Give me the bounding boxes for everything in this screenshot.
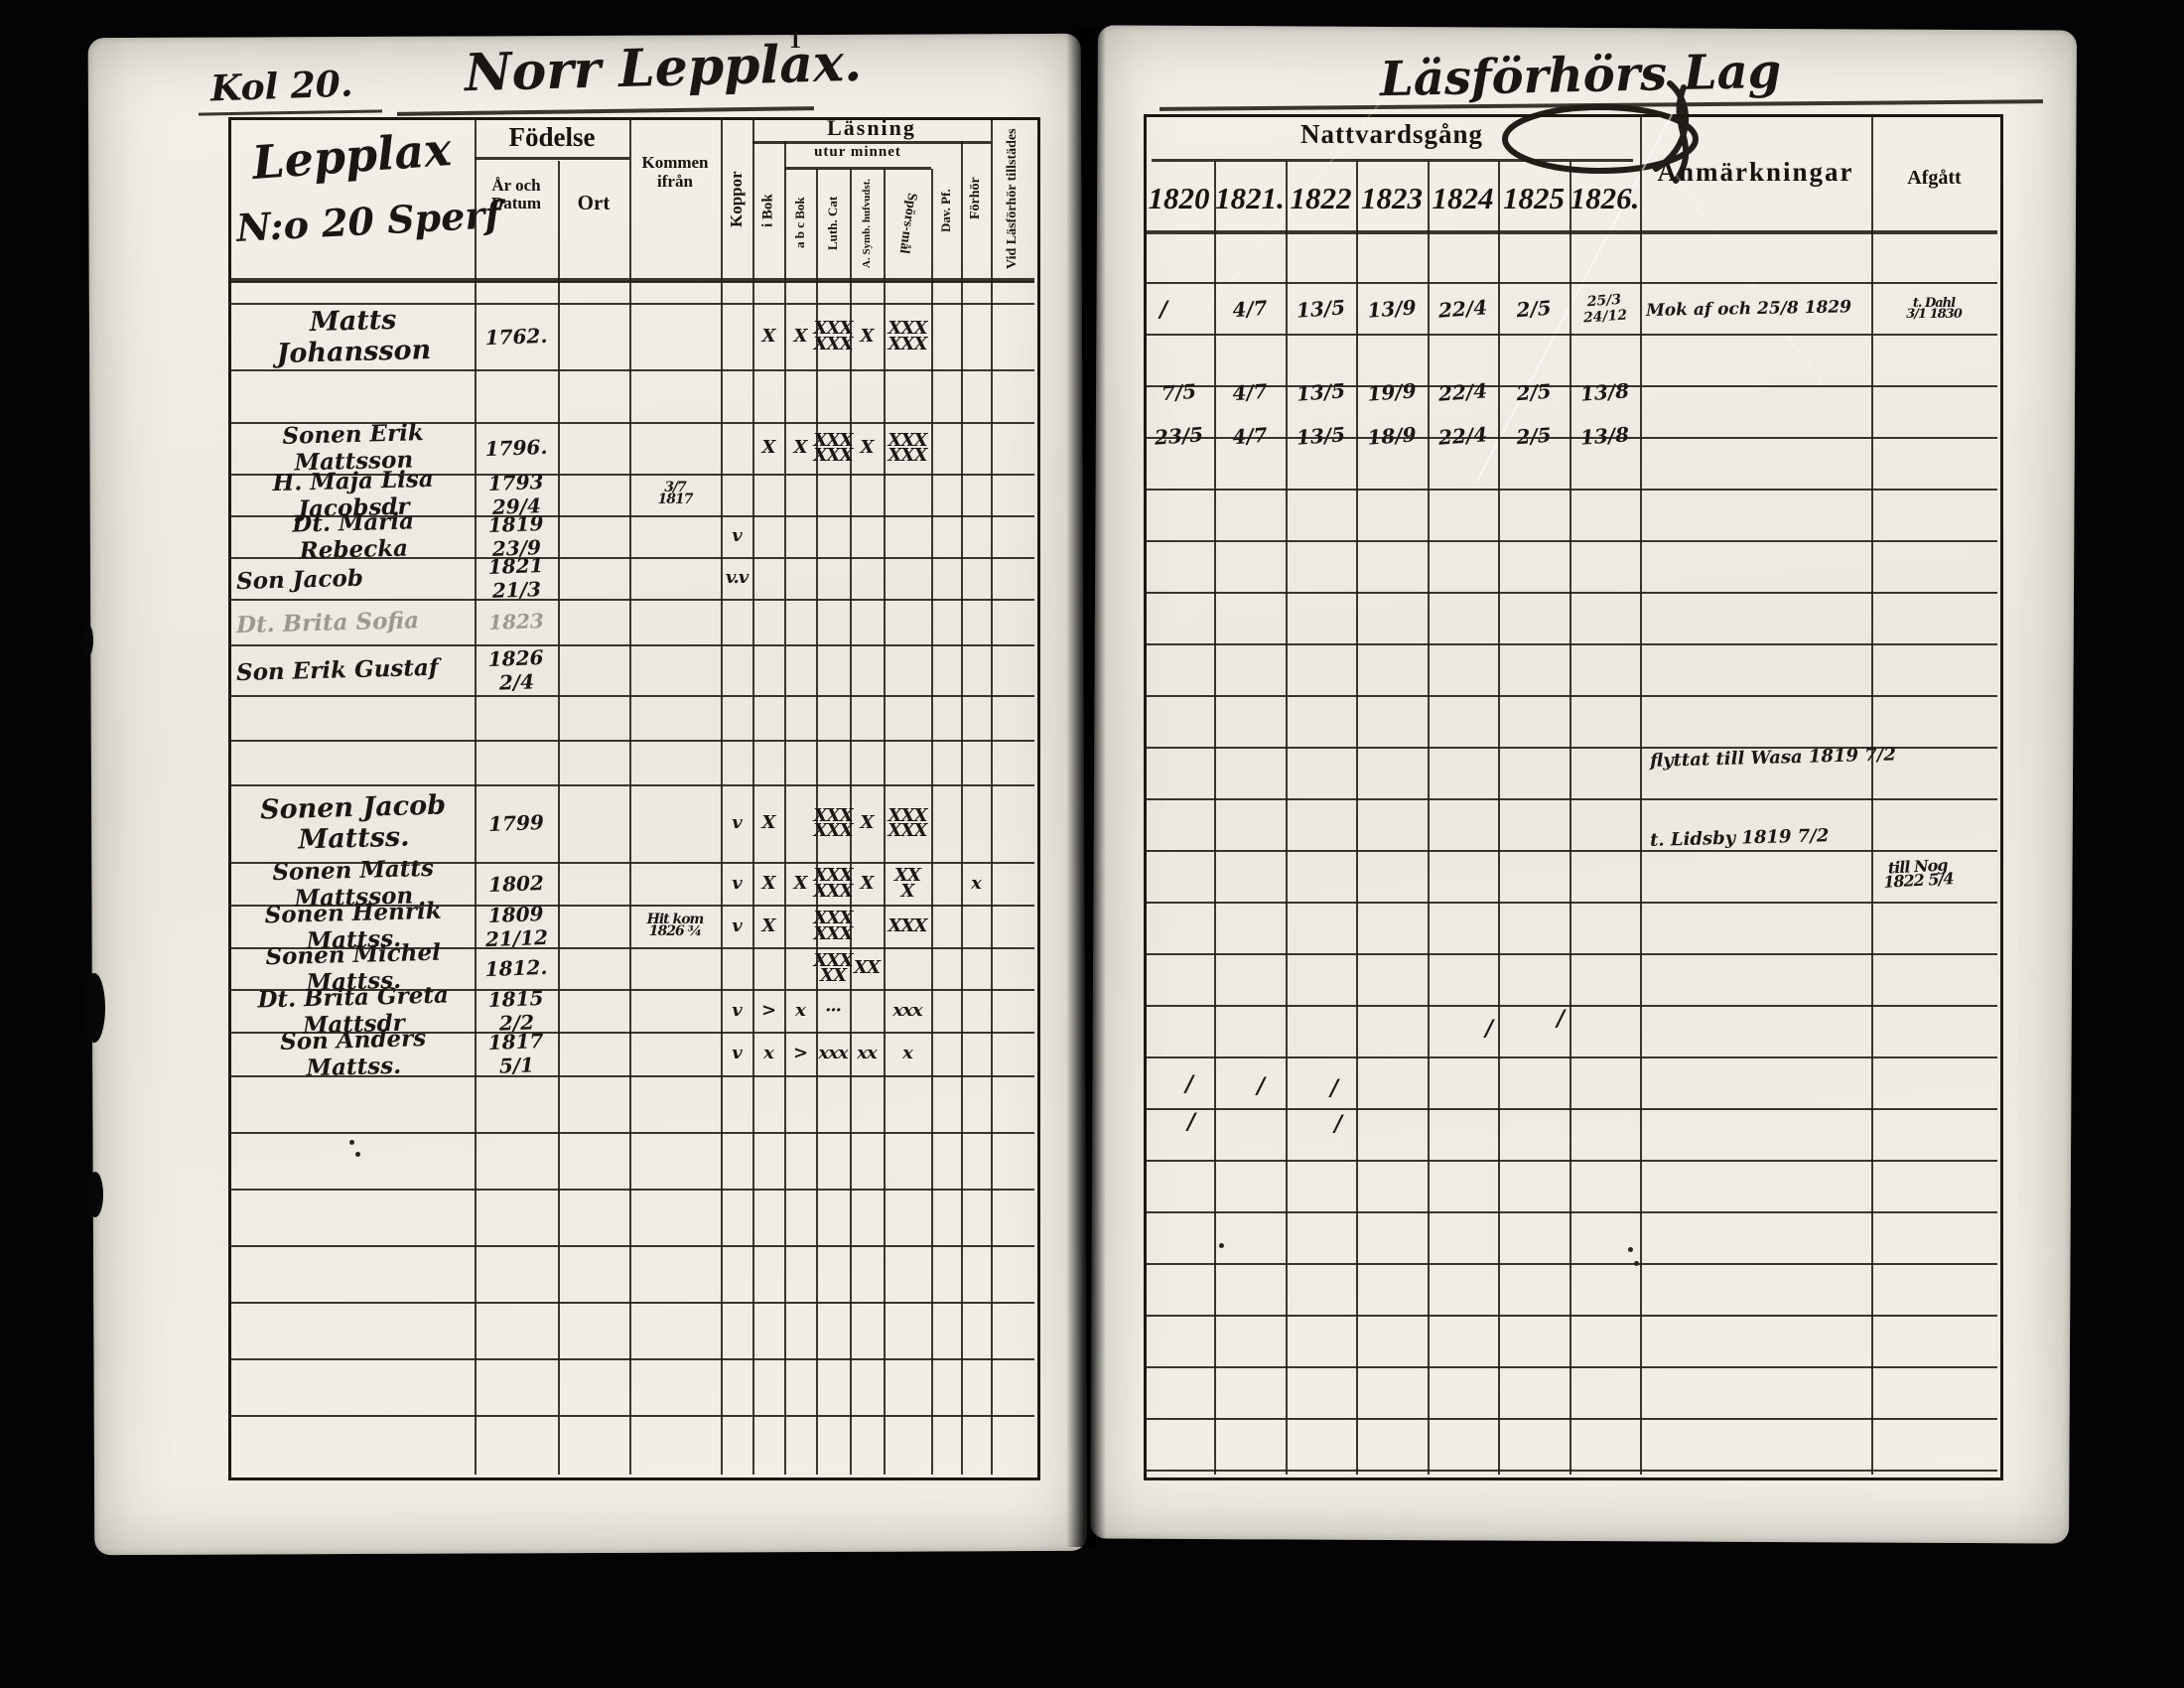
mark-abc-bok: x — [784, 989, 816, 1032]
person-name: Sonen Jacob Mattss. — [235, 781, 472, 865]
person-name: Dt. Brita Sofia — [235, 596, 471, 647]
header-utur-minnet: utur minnet — [784, 144, 931, 161]
communion-date: 22/4 — [1426, 284, 1499, 335]
communion-date: 22/4 — [1426, 367, 1499, 418]
left-row-rule — [228, 281, 1034, 283]
communion-date: 22/4 — [1426, 411, 1499, 462]
communion-date: 2/5 — [1496, 411, 1570, 462]
year-label: 1822 — [1286, 173, 1356, 224]
communion-date: 13/8 — [1568, 411, 1641, 462]
afgatt-note: till Nog 1822 5/4 — [1842, 842, 1995, 906]
person-name: Son Anders Mattss. — [235, 1029, 471, 1078]
right-header-rule — [1144, 230, 1997, 234]
header-dav-pf: Dav. Pf. — [931, 149, 961, 273]
mark-i-bok: x — [752, 1032, 784, 1075]
mark-i-bok: X — [752, 303, 784, 369]
birth-date: 1819 23/9 — [474, 514, 558, 559]
left-row-rule — [228, 369, 1034, 371]
mark-luth-cat: xxx — [816, 1032, 850, 1075]
right-row-rule — [1144, 489, 1997, 491]
communion-date: 4/7 — [1212, 284, 1287, 335]
communion-date: 23/5 — [1142, 411, 1215, 462]
page-number: 1 — [789, 28, 801, 55]
left-column-rule — [961, 141, 963, 1475]
right-row-rule — [1144, 953, 1997, 955]
ink-blob — [81, 624, 93, 657]
mark-koppor: v — [721, 784, 752, 862]
birth-date: 1821 21/3 — [474, 556, 558, 601]
birth-date: 1823 — [474, 598, 559, 646]
year-column-rule — [1570, 161, 1571, 1475]
ink-speck — [1634, 1261, 1639, 1266]
mark-koppor: v — [721, 515, 752, 557]
year-label: 1821. — [1214, 173, 1286, 224]
mark-luth-cat: ··· — [816, 989, 850, 1032]
communion-date: 18/9 — [1354, 411, 1429, 462]
mark-sporsmal: xxx — [884, 989, 931, 1032]
communion-date: 4/7 — [1212, 367, 1287, 418]
year-column-rule — [1356, 161, 1358, 1475]
right-row-rule — [1144, 540, 1997, 542]
right-row-rule — [1144, 1470, 1997, 1472]
header-abc-bok: a b c Bok — [784, 171, 816, 275]
afgatt-note: t. Dahl 3/1 1830 — [1874, 286, 1993, 332]
ink-speck — [1219, 1243, 1224, 1248]
person-name: Son Jacob — [235, 554, 471, 602]
communion-date: 13/5 — [1284, 411, 1357, 462]
communion-date: 19/9 — [1354, 367, 1429, 418]
right-row-rule — [1144, 1160, 1997, 1162]
header-ort: Ort — [558, 191, 629, 215]
header-ar-och-datum: År och Datum — [475, 177, 558, 212]
communion-date: 13/5 — [1284, 284, 1357, 335]
birth-date: 1762. — [474, 302, 559, 371]
mark-abc-bok: X — [784, 862, 816, 905]
mark-abc-bok: X — [784, 422, 816, 474]
tick-mark: / — [1326, 1110, 1350, 1138]
remark-note: flyttat till Wasa 1819 7/2 — [1650, 733, 1949, 780]
mark-sporsmal: XXX XXX — [884, 422, 931, 474]
mark-a-symb: X — [850, 784, 884, 862]
communion-date: 4/7 — [1212, 411, 1287, 462]
mark-forhor: x — [961, 862, 991, 905]
mark-koppor: v — [721, 989, 752, 1032]
header-i-bok: i Bok — [752, 149, 784, 273]
communion-date: 13/8 — [1568, 367, 1641, 418]
mark-koppor: v — [721, 862, 752, 905]
communion-date: 13/9 — [1354, 284, 1429, 335]
birth-date: 1809 21/12 — [474, 904, 558, 949]
right-row-rule — [1144, 1315, 1997, 1317]
remark-note: Mok af och 25/8 1829 — [1646, 284, 1869, 334]
person-name: Son Erik Gustaf — [235, 641, 471, 698]
left-row-rule — [228, 1245, 1034, 1247]
birth-date: 1793 29/4 — [474, 473, 558, 517]
ink-speck — [349, 1140, 354, 1145]
mark-luth-cat: XXX XXX — [816, 784, 850, 862]
mark-a-symb: X — [850, 303, 884, 369]
header-luth-cat: Luth. Cat — [816, 171, 850, 275]
left-row-rule — [228, 1189, 1034, 1191]
header-afgatt: Afgått — [1871, 167, 1997, 190]
year-column-rule — [1214, 161, 1216, 1475]
tick-mark: / — [1249, 1072, 1273, 1100]
mark-luth-cat: XXX XXX — [816, 303, 850, 369]
right-row-rule — [1144, 1056, 1997, 1058]
mark-sporsmal: x — [884, 1032, 931, 1075]
tick-mark: / — [1177, 1070, 1201, 1098]
header-koppor: Koppor — [721, 125, 752, 274]
mark-abc-bok: X — [784, 303, 816, 369]
tick-mark: / — [1322, 1074, 1346, 1102]
folio-label: Kol 20. — [209, 64, 353, 110]
right-row-rule — [1144, 643, 1997, 645]
birth-date: 1826 2/4 — [474, 643, 559, 697]
right-row-rule — [1144, 798, 1997, 800]
right-row-rule — [1144, 1108, 1997, 1110]
year-label: 1826. — [1570, 173, 1640, 224]
header-nattvardsgang: Nattvardsgång — [1144, 119, 1640, 150]
birth-date: 1796. — [474, 421, 559, 476]
ink-blob — [87, 1172, 103, 1217]
year-column-rule — [1428, 161, 1430, 1475]
tick-mark: / — [1477, 1015, 1501, 1043]
person-name: Matts Johansson — [235, 300, 472, 372]
right-row-rule — [1144, 1211, 1997, 1213]
person-name: Dt. Maria Rebecka — [235, 512, 471, 560]
tick-mark: / — [1549, 1005, 1572, 1033]
afgatt-column-rule — [1871, 114, 1873, 1475]
ink-speck — [355, 1152, 360, 1157]
communion-date: 13/5 — [1284, 367, 1357, 418]
page-gutter — [1066, 28, 1106, 1547]
mark-i-bok: > — [752, 989, 784, 1032]
mark-i-bok: X — [752, 905, 784, 947]
year-label: 1824 — [1428, 173, 1498, 224]
right-row-rule — [1144, 695, 1997, 697]
mark-luth-cat: XXX XXX — [816, 422, 850, 474]
right-row-rule — [1144, 1418, 1997, 1420]
year-column-rule — [1498, 161, 1500, 1475]
year-label: 1825 — [1498, 173, 1570, 224]
header-forhor: Förhör — [961, 123, 991, 274]
year-label: 1820 — [1144, 173, 1214, 224]
mark-sporsmal: XXX — [884, 905, 931, 947]
left-row-rule — [228, 1302, 1034, 1304]
mark-a-symb: X — [850, 862, 884, 905]
tick-mark: / — [1179, 1108, 1203, 1136]
left-row-rule — [228, 1415, 1034, 1417]
birth-date: 1815 2/2 — [474, 988, 558, 1034]
right-row-rule — [1144, 592, 1997, 594]
header-vid-lasforhor: Vid Läsförhör tillstädes — [991, 121, 1034, 276]
right-row-rule — [1144, 1366, 1997, 1368]
mark-a-symb: XX — [850, 947, 884, 989]
mark-luth-cat: XXX XXX — [816, 905, 850, 947]
left-row-rule — [228, 1132, 1034, 1134]
mark-koppor: v.v — [721, 557, 752, 599]
ink-blob — [83, 973, 105, 1043]
left-column-rule — [991, 117, 993, 1475]
left-column-rule — [629, 117, 631, 1475]
communion-date: 25/3 24/12 — [1568, 284, 1641, 335]
village-title: Norr Lepplax. — [464, 33, 862, 103]
mark-sporsmal: XXX XXX — [884, 303, 931, 369]
header-lasning: Läsning — [752, 115, 991, 141]
mark-i-bok: X — [752, 784, 784, 862]
mark-i-bok: X — [752, 422, 784, 474]
birth-date: 1817 5/1 — [474, 1031, 558, 1077]
mark-a-symb: xx — [850, 1032, 884, 1075]
header-fodelse: Födelse — [475, 122, 629, 153]
communion-date: 2/5 — [1496, 284, 1570, 335]
mark-sporsmal: XXX XXX — [884, 784, 931, 862]
birth-date: 1802 — [474, 861, 558, 907]
left-row-rule — [228, 1358, 1034, 1360]
communion-date: 7/5 — [1142, 367, 1215, 418]
mark-luth-cat: XXX XXX — [816, 862, 850, 905]
communion-date: 2/5 — [1496, 367, 1570, 418]
mark-luth-cat: XXX XX — [816, 947, 850, 989]
left-row-rule — [228, 740, 1034, 742]
mark-abc-bok: > — [784, 1032, 816, 1075]
mark-koppor: v — [721, 1032, 752, 1075]
mark-koppor: v — [721, 905, 752, 947]
mark-kommen: Hit kom 1826 ¾ — [629, 905, 721, 947]
birth-date: 1799 — [474, 783, 560, 864]
year-label: 1823 — [1356, 173, 1428, 224]
mark-sporsmal: XX X — [884, 862, 931, 905]
mark-i-bok: X — [752, 862, 784, 905]
mark-a-symb: X — [850, 422, 884, 474]
left-row-rule — [228, 695, 1034, 697]
left-column-rule — [931, 169, 933, 1475]
tick-mark: / — [1152, 296, 1175, 324]
year-column-rule — [1286, 161, 1288, 1475]
register-scan: Kol 20. Norr Lepplax. 1 Lepplax N:o 20 S… — [0, 0, 2184, 1688]
mark-kommen: 3/7 1817 — [629, 474, 721, 515]
right-row-rule — [1144, 1263, 1997, 1265]
header-kommen-ifran: Kommen ifrån — [629, 154, 721, 191]
birth-date: 1812. — [474, 946, 558, 991]
ink-speck — [1628, 1247, 1633, 1252]
